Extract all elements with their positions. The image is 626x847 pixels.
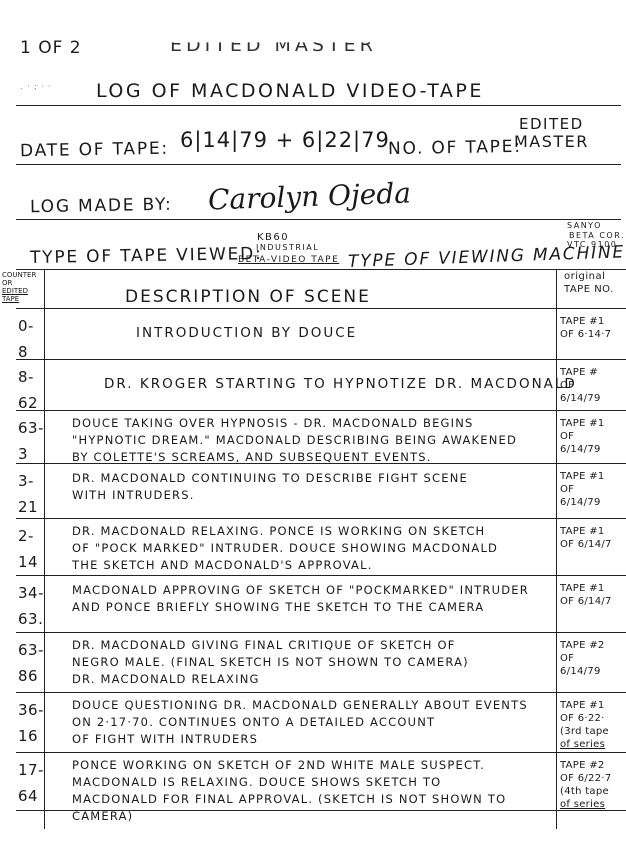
- description-line: Introduction by Douce: [136, 325, 624, 342]
- viewing-machine-value-line1: Sanyo: [567, 221, 602, 230]
- original-tape-cell: Tape #1of 6·14·7: [560, 315, 611, 341]
- counter-value: 63.: [18, 606, 44, 632]
- description-line: Negro male. (Final sketch is not shown t…: [72, 654, 560, 671]
- date-underline: [16, 164, 621, 165]
- original-tape-cell: Tape #of6/14/79: [560, 366, 601, 405]
- description-line: Dr. MacDonald giving final critique of s…: [72, 637, 560, 654]
- counter-value: 34-: [18, 580, 44, 606]
- description-line: Ponce working on sketch of 2nd white mal…: [72, 757, 560, 774]
- row-divider: [16, 410, 626, 411]
- edited-master-cutoff-text: Edited Master: [170, 34, 377, 56]
- description-cell: Dr. MacDonald giving final critique of s…: [72, 637, 560, 688]
- tape-line: Tape #1: [560, 525, 612, 538]
- original-tape-header-line: Tape No.: [564, 283, 614, 296]
- description-line: Dr. MacDonald continuing to describe fig…: [72, 470, 560, 487]
- row-divider: [16, 359, 626, 360]
- description-cell: MacDonald approving of sketch of "Pockma…: [72, 582, 560, 616]
- counter-header-line: or: [2, 279, 36, 287]
- description-line: MacDonald approving of sketch of "Pockma…: [72, 582, 560, 599]
- tape-line: of 6/22·7: [560, 772, 612, 785]
- description-cell: Dr. MacDonald relaxing. Ponce is working…: [72, 523, 560, 574]
- original-tape-cell: Tape #1of6/14/79: [560, 470, 605, 509]
- tape-line: Tape #2: [560, 639, 605, 652]
- counter-value: 62: [18, 390, 38, 416]
- tape-line: 6/14/79: [560, 496, 605, 509]
- tape-line: Tape #1: [560, 470, 605, 483]
- counter-header-line: Tape: [2, 295, 36, 303]
- tape-type-value-line3: Beta-Video Tape: [238, 255, 339, 265]
- row-divider: [16, 632, 626, 633]
- description-line: and Ponce briefly showing the sketch to …: [72, 599, 560, 616]
- tape-line: Tape #1: [560, 582, 612, 595]
- tape-line: 6/14/79: [560, 443, 605, 456]
- viewing-machine-value-line2: Beta Cor.: [569, 231, 625, 240]
- tape-line: of 6/14/7: [560, 595, 612, 608]
- counter-cell: 2-14: [18, 523, 38, 575]
- description-line: MacDonald is relaxing. Douce shows sketc…: [72, 774, 560, 791]
- tape-line: 6/14/79: [560, 392, 601, 405]
- counter-value: 64: [18, 783, 44, 809]
- tape-line: of 6·14·7: [560, 328, 611, 341]
- description-line: on 2·17·70. Continues onto a detailed ac…: [72, 714, 560, 731]
- description-line: Dr. MacDonald relaxing. Ponce is working…: [72, 523, 560, 540]
- row-divider: [16, 575, 626, 576]
- logby-underline: [16, 219, 621, 220]
- title-underline: [16, 105, 621, 106]
- tape-type-value-line1: KB60: [257, 232, 289, 243]
- counter-value: 2-: [18, 523, 38, 549]
- tape-type-value-line2: Industrial: [256, 243, 319, 252]
- original-tape-cell: Tape #1of 6·22·(3rd tapeof series: [560, 699, 609, 751]
- description-cell: Introduction by Douce: [136, 325, 624, 342]
- original-tape-column-header: original Tape No.: [564, 270, 614, 296]
- table-top-line: [16, 269, 626, 270]
- counter-value: 16: [18, 723, 44, 749]
- tape-line: Tape #1: [560, 417, 605, 430]
- viewing-machine-value-line3: VTC 9100: [567, 240, 617, 249]
- document-title: Log of MacDonald Video-Tape: [96, 80, 484, 102]
- description-cell: Douce questioning Dr. MacDonald generall…: [72, 697, 560, 748]
- tape-line: (3rd tape: [560, 725, 609, 738]
- date-of-tape-value: 6|14|79 + 6|22|79: [180, 128, 390, 152]
- description-cell: Dr. Kroger starting to hypnotize Dr. Mac…: [104, 376, 592, 393]
- original-tape-cell: Tape #1of 6/14/7: [560, 525, 612, 551]
- tape-line: (4th tape: [560, 785, 612, 798]
- tape-line: Tape #1: [560, 699, 609, 712]
- counter-header-line: Counter: [2, 271, 36, 279]
- counter-cell: 63-3: [18, 415, 44, 467]
- row-divider: [16, 752, 626, 753]
- counter-cell: 8-62: [18, 364, 38, 416]
- counter-cell: 63-86: [18, 637, 44, 689]
- counter-value: 21: [18, 494, 38, 520]
- counter-cell: 3-21: [18, 468, 38, 520]
- original-tape-header-line: original: [564, 270, 614, 283]
- tape-line: Tape #1: [560, 315, 611, 328]
- counter-value: 63-: [18, 415, 44, 441]
- counter-value: 86: [18, 663, 44, 689]
- log-made-by-signature: Carolyn Ojeda: [207, 176, 411, 216]
- description-line: Dr. Kroger starting to hypnotize Dr. Mac…: [104, 376, 592, 393]
- original-tape-cell: Tape #2of6/14/79: [560, 639, 605, 678]
- no-of-tape-value-line1: Edited: [519, 115, 584, 133]
- tape-line: of 6/14/7: [560, 538, 612, 551]
- no-of-tape-label: No. of Tape:: [388, 137, 522, 159]
- tape-line: of series: [560, 738, 609, 751]
- table-bottom-line: [16, 810, 626, 811]
- tape-line: of: [560, 483, 605, 496]
- page-number: 1 of 2: [20, 38, 82, 58]
- counter-cell: 17-64: [18, 757, 44, 809]
- counter-cell: 34-63.: [18, 580, 44, 632]
- counter-cell: 36-16: [18, 697, 44, 749]
- description-cell: Douce taking over hypnosis - Dr. MacDona…: [72, 415, 560, 466]
- counter-value: 36-: [18, 697, 44, 723]
- description-line: of fight with intruders: [72, 731, 560, 748]
- row-divider: [16, 308, 626, 309]
- description-line: Douce taking over hypnosis - Dr. MacDona…: [72, 415, 560, 432]
- description-line: MacDonald for final approval. (Sketch is…: [72, 791, 560, 808]
- counter-value: 14: [18, 549, 38, 575]
- row-divider: [16, 463, 626, 464]
- tape-line: of: [560, 652, 605, 665]
- original-tape-cell: Tape #2of 6/22·7(4th tapeof series: [560, 759, 612, 811]
- tape-line: of 6·22·: [560, 712, 609, 725]
- counter-column-divider: [44, 269, 45, 829]
- counter-value: 3-: [18, 468, 38, 494]
- description-line: Dr. MacDonald relaxing: [72, 671, 560, 688]
- counter-value: 8-: [18, 364, 38, 390]
- row-divider: [16, 692, 626, 693]
- description-cell: Ponce working on sketch of 2nd white mal…: [72, 757, 560, 825]
- counter-column-header: Counter or Edited Tape: [2, 271, 36, 303]
- type-of-tape-label: Type of Tape Viewed:: [30, 244, 263, 268]
- description-line: Douce questioning Dr. MacDonald generall…: [72, 697, 560, 714]
- log-made-by-label: Log Made By:: [30, 195, 173, 217]
- counter-value: 8: [18, 339, 34, 365]
- tape-line: 6/14/79: [560, 665, 605, 678]
- tape-line: Tape #: [560, 366, 601, 379]
- original-tape-cell: Tape #1of 6/14/7: [560, 582, 612, 608]
- counter-value: 0-: [18, 313, 34, 339]
- tape-line: Tape #2: [560, 759, 612, 772]
- tape-line: of: [560, 430, 605, 443]
- tape-line: of: [560, 379, 601, 392]
- counter-value: 17-: [18, 757, 44, 783]
- description-line: with intruders.: [72, 487, 560, 504]
- scan-specks: . · ; · ·: [20, 82, 52, 91]
- description-column-header: Description of Scene: [125, 287, 371, 307]
- row-divider: [16, 518, 626, 519]
- description-line: "Hypnotic Dream." MacDonald describing b…: [72, 432, 560, 449]
- counter-cell: 0-8: [18, 313, 34, 365]
- original-tape-cell: Tape #1of6/14/79: [560, 417, 605, 456]
- description-cell: Dr. MacDonald continuing to describe fig…: [72, 470, 560, 504]
- date-of-tape-label: Date of Tape:: [20, 139, 169, 162]
- description-line: of "Pock Marked" intruder. Douce showing…: [72, 540, 560, 557]
- counter-value: 63-: [18, 637, 44, 663]
- description-line: the sketch and MacDonald's approval.: [72, 557, 560, 574]
- no-of-tape-value-line2: Master: [514, 132, 589, 151]
- counter-header-line: Edited: [2, 287, 36, 295]
